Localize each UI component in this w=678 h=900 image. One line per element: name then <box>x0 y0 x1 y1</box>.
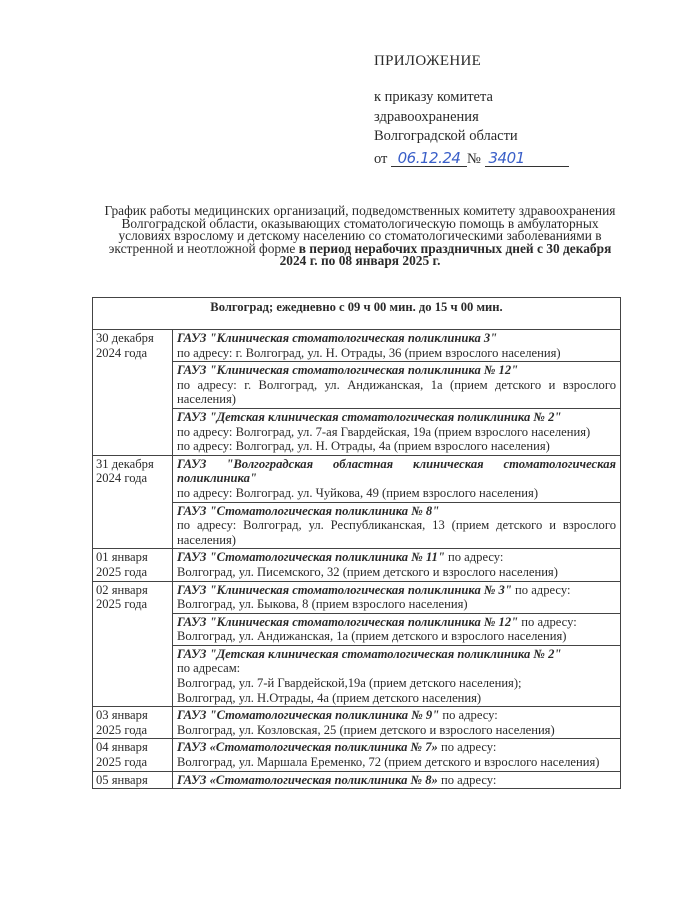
order-number-handwritten: 3401 <box>485 150 569 167</box>
date-text: 30 декабря <box>96 331 168 346</box>
date-text: 2025 года <box>96 755 168 770</box>
organization-name: ГАУЗ "Волгоградская областная клиническа… <box>177 457 616 486</box>
date-cell: 01 января2025 года <box>93 549 173 581</box>
address-line: Волгоград, ул. Писемского, 32 (прием дет… <box>177 565 616 580</box>
table-row: 02 января2025 годаГАУЗ "Клиническая стом… <box>93 581 621 613</box>
organization-name: ГАУЗ "Клиническая стоматологическая поли… <box>177 583 512 597</box>
date-text: 2025 года <box>96 565 168 580</box>
organization-cell: ГАУЗ «Стоматологическая поликлиника № 8»… <box>173 771 621 789</box>
address-line: по адресу: Волгоград, ул. Республиканска… <box>177 518 616 547</box>
organization-cell: ГАУЗ "Волгоградская областная клиническа… <box>173 455 621 502</box>
organization-cell: ГАУЗ "Клиническая стоматологическая поли… <box>173 330 621 362</box>
address-label: по адресу: <box>512 583 571 597</box>
title-bold: в период нерабочих праздничных дней с 30… <box>280 241 612 269</box>
organization-cell: ГАУЗ "Стоматологическая поликлиника № 9"… <box>173 707 621 739</box>
organization-cell: ГАУЗ "Стоматологическая поликлиника № 11… <box>173 549 621 581</box>
date-text: 31 декабря <box>96 457 168 472</box>
organization-name: ГАУЗ «Стоматологическая поликлиника № 7» <box>177 740 438 754</box>
address-line: по адресу: Волгоград, ул. 7-ая Гвардейск… <box>177 425 616 440</box>
organization-cell: ГАУЗ "Клиническая стоматологическая поли… <box>173 581 621 613</box>
address-line: Волгоград, ул. Козловская, 25 (прием дет… <box>177 723 616 738</box>
number-sign: № <box>467 151 481 167</box>
table-row: 31 декабря2024 годаГАУЗ "Волгоградская о… <box>93 455 621 502</box>
date-cell: 05 января <box>93 771 173 789</box>
date-text: 03 января <box>96 708 168 723</box>
organization-cell: ГАУЗ "Детская клиническая стоматологичес… <box>173 645 621 706</box>
order-line: Волгоградской области <box>374 127 518 147</box>
organization-cell: ГАУЗ "Стоматологическая поликлиника № 8"… <box>173 502 621 549</box>
date-text: 2024 года <box>96 471 168 486</box>
address-line: по адресу: Волгоград, ул. Н. Отрады, 4а … <box>177 439 616 454</box>
date-text: 2025 года <box>96 597 168 612</box>
schedule-table: Волгоград; ежедневно с 09 ч 00 мин. до 1… <box>92 297 621 789</box>
table-header-row: Волгоград; ежедневно с 09 ч 00 мин. до 1… <box>93 298 621 330</box>
appendix-label: ПРИЛОЖЕНИЕ <box>374 52 481 71</box>
organization-cell: ГАУЗ "Клиническая стоматологическая поли… <box>173 362 621 409</box>
address-label: по адресу: <box>438 773 497 787</box>
organization-name: ГАУЗ "Детская клиническая стоматологичес… <box>177 647 561 661</box>
organization-name: ГАУЗ "Стоматологическая поликлиника № 11… <box>177 550 445 564</box>
address-line: по адресу: г. Волгоград, ул. Андижанская… <box>177 378 616 407</box>
organization-name: ГАУЗ "Детская клиническая стоматологичес… <box>177 410 561 424</box>
table-row: ГАУЗ "Детская клиническая стоматологичес… <box>93 408 621 455</box>
address-label: по адресу: <box>445 550 504 564</box>
organization-cell: ГАУЗ "Клиническая стоматологическая поли… <box>173 613 621 645</box>
date-text: 01 января <box>96 550 168 565</box>
date-cell: 31 декабря2024 года <box>93 455 173 549</box>
address-label: по адресу: <box>518 615 577 629</box>
order-signature-line: от 06.12.24№ 3401 <box>374 150 569 169</box>
date-text: 04 января <box>96 740 168 755</box>
address-line: Волгоград, ул. Быкова, 8 (прием взрослог… <box>177 597 616 612</box>
organization-cell: ГАУЗ «Стоматологическая поликлиника № 7»… <box>173 739 621 771</box>
order-line: к приказу комитета <box>374 88 518 108</box>
organization-name: ГАУЗ "Клиническая стоматологическая поли… <box>177 331 497 345</box>
table-row: 03 января2025 годаГАУЗ "Стоматологическа… <box>93 707 621 739</box>
organization-name: ГАУЗ "Клиническая стоматологическая поли… <box>177 363 518 377</box>
date-text: 2024 года <box>96 346 168 361</box>
order-line: здравоохранения <box>374 108 518 128</box>
order-prefix: от <box>374 151 387 167</box>
date-cell: 30 декабря2024 года <box>93 330 173 456</box>
date-text: 02 января <box>96 583 168 598</box>
address-label: по адресу: <box>438 740 497 754</box>
date-text: 2025 года <box>96 723 168 738</box>
address-line: Волгоград, ул. 7-й Гвардейской,19а (прие… <box>177 676 616 691</box>
organization-name: ГАУЗ "Стоматологическая поликлиника № 9" <box>177 708 439 722</box>
address-line: Волгоград, ул. Маршала Еременко, 72 (при… <box>177 755 616 770</box>
date-cell: 02 января2025 года <box>93 581 173 707</box>
table-row: 30 декабря2024 годаГАУЗ "Клиническая сто… <box>93 330 621 362</box>
address-line: по адресу: г. Волгоград, ул. Н. Отрады, … <box>177 346 616 361</box>
order-date-handwritten: 06.12.24 <box>391 150 467 167</box>
table-row: 04 января2025 годаГАУЗ «Стоматологическа… <box>93 739 621 771</box>
table-row: 05 январяГАУЗ «Стоматологическая поликли… <box>93 771 621 789</box>
address-line: по адресам: <box>177 661 616 676</box>
organization-name: ГАУЗ "Стоматологическая поликлиника № 8" <box>177 504 439 518</box>
address-label: по адресу: <box>439 708 498 722</box>
address-line: Волгоград, ул. Андижанская, 1а (прием де… <box>177 629 616 644</box>
document-title: График работы медицинских организаций, п… <box>100 205 620 268</box>
table-row: ГАУЗ "Стоматологическая поликлиника № 8"… <box>93 502 621 549</box>
address-line: Волгоград, ул. Н.Отрады, 4а (прием детск… <box>177 691 616 706</box>
date-cell: 03 января2025 года <box>93 707 173 739</box>
organization-name: ГАУЗ «Стоматологическая поликлиника № 8» <box>177 773 438 787</box>
table-row: 01 января2025 годаГАУЗ "Стоматологическа… <box>93 549 621 581</box>
organization-name: ГАУЗ "Клиническая стоматологическая поли… <box>177 615 518 629</box>
address-line: по адресу: Волгоград. ул. Чуйкова, 49 (п… <box>177 486 616 501</box>
table-row: ГАУЗ "Клиническая стоматологическая поли… <box>93 362 621 409</box>
order-reference: к приказу комитета здравоохранения Волго… <box>374 88 518 147</box>
date-cell: 04 января2025 года <box>93 739 173 771</box>
date-text: 05 января <box>96 773 168 788</box>
table-row: ГАУЗ "Детская клиническая стоматологичес… <box>93 645 621 706</box>
table-header-cell: Волгоград; ежедневно с 09 ч 00 мин. до 1… <box>93 298 621 330</box>
table-row: ГАУЗ "Клиническая стоматологическая поли… <box>93 613 621 645</box>
organization-cell: ГАУЗ "Детская клиническая стоматологичес… <box>173 408 621 455</box>
